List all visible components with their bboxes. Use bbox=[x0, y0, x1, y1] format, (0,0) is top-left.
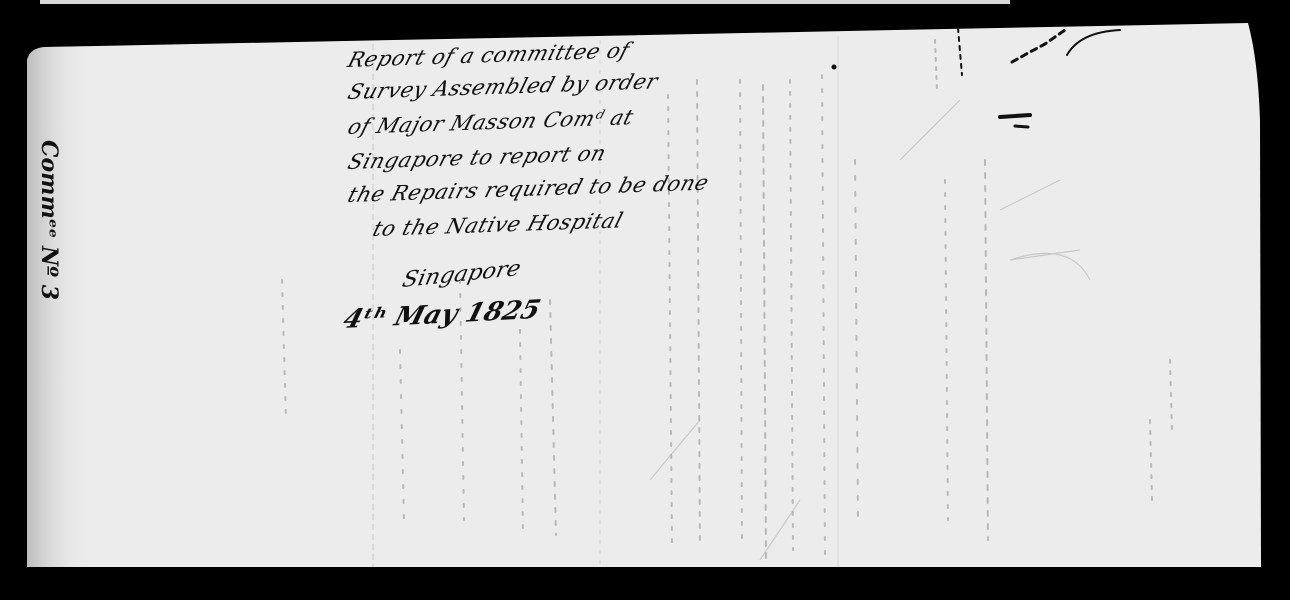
manuscript-page: Commᵉᵉ Nº 3 Report of a committee of Sur… bbox=[0, 0, 1290, 600]
margin-note: Commᵉᵉ Nº 3 bbox=[36, 140, 62, 300]
